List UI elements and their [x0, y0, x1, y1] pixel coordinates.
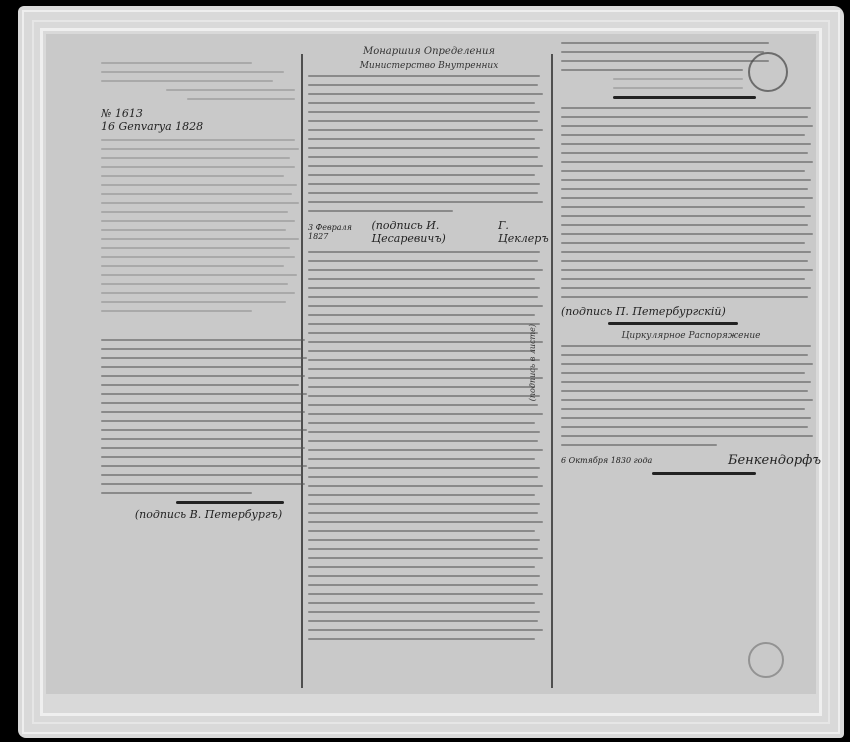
side-note: (подпись в листе) — [528, 324, 537, 401]
text-field: № 1613 16 Genvarya 1828 (подпись В — [46, 34, 816, 694]
column-middle: Монаршия Определения Министерство Внутре… — [308, 42, 550, 686]
column-subheading: Министерство Внутренних — [308, 61, 550, 71]
column-heading: Монаршия Определения — [308, 46, 550, 57]
seal-stamp-top — [748, 52, 788, 92]
signature: Бенкендорфъ — [728, 453, 821, 468]
date: 6 Октября 1830 года — [561, 456, 652, 465]
document-date: 16 Genvarya 1828 — [101, 120, 316, 133]
date-note: 3 Февраля 1827 — [308, 223, 362, 241]
handkerchief: № 1613 16 Genvarya 1828 (подпись В — [18, 6, 844, 738]
column-divider-2 — [551, 54, 553, 688]
signature: Г. Цеклеръ — [498, 219, 550, 245]
document-number: № 1613 — [101, 107, 316, 120]
column-right: (подпись П. Петербургскій) Циркулярное Р… — [561, 42, 821, 686]
footer-note: (подпись В. Петербургъ) — [101, 508, 316, 521]
column-left: № 1613 16 Genvarya 1828 (подпись В — [101, 42, 316, 686]
underline — [176, 501, 284, 504]
seal-note: (подпись И. Цесаревичъ) — [372, 219, 489, 245]
note: (подпись П. Петербургскій) — [561, 305, 821, 318]
column-heading: Циркулярное Распоряжение — [561, 331, 821, 341]
seal-stamp-bottom — [748, 642, 784, 678]
